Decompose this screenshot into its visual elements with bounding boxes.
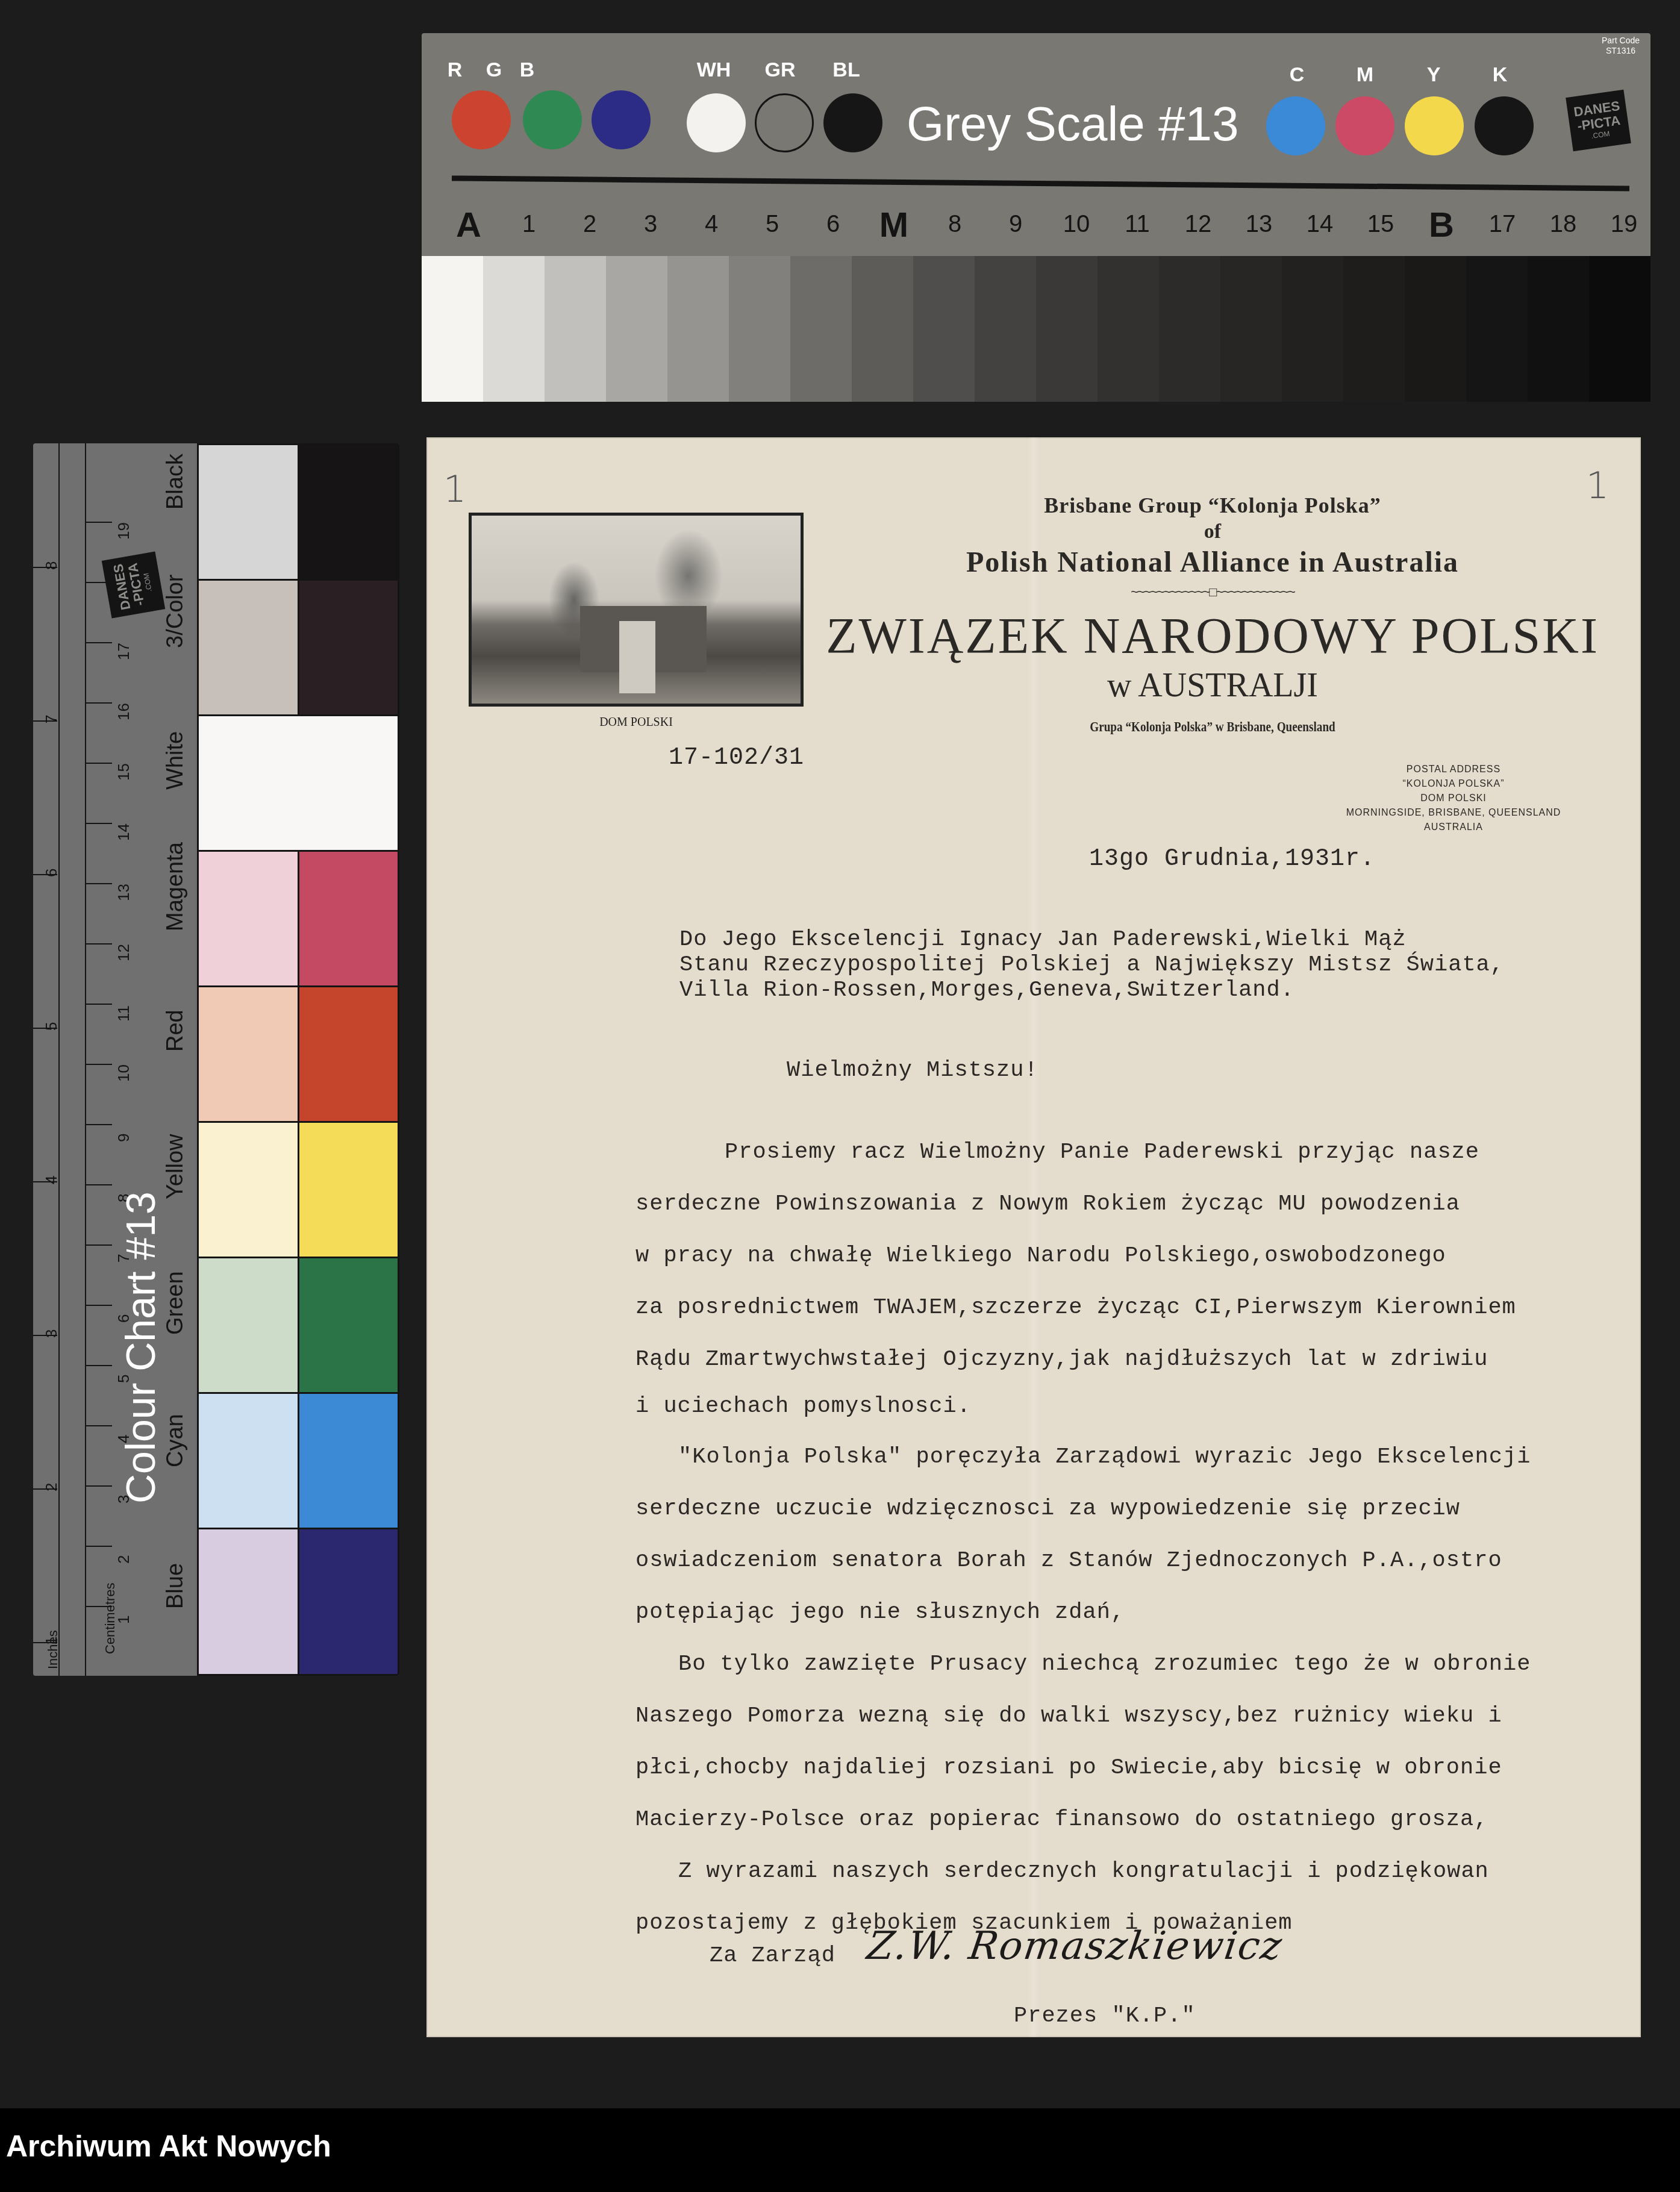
body-line: Bo tylko zawzięte Prusacy niechcą zrozum… <box>678 1652 1531 1677</box>
archive-footer: Archiwum Akt Nowych <box>0 2108 1680 2192</box>
label-c: C <box>1273 63 1321 87</box>
letterhead-of: of <box>800 520 1625 543</box>
inch-mark: 3 <box>42 1329 61 1338</box>
postal-line: AUSTRALIA <box>1312 820 1595 835</box>
body-line: oswiadczeniom senatora Borah z Stanów Zj… <box>635 1548 1502 1573</box>
body-line: za posrednictwem TWAJEM,szczerze życząc … <box>635 1295 1516 1320</box>
house-door <box>619 621 655 693</box>
body-line: Naszego Pomorza wezną się do walki wszys… <box>635 1703 1502 1729</box>
postal-line: “KOLONJA POLSKA” <box>1312 777 1595 792</box>
swatch-white-circle <box>687 93 746 152</box>
swatch-yellow-circle <box>1405 96 1464 155</box>
grey-step <box>1343 256 1405 402</box>
colour-chart-title: Colour Chart #13 <box>117 1191 164 1503</box>
step-label: 9 <box>987 211 1045 238</box>
inch-mark: 4 <box>42 1176 61 1184</box>
ruler-tick <box>85 1305 112 1306</box>
step-label: 11 <box>1108 211 1166 238</box>
swatch-green-circle <box>523 90 582 149</box>
step-labels: A 1 2 3 4 5 6 M 8 9 10 11 12 13 14 15 B … <box>440 205 1644 253</box>
letterhead-group-subtitle: Grupa “Kolonja Polska” w Brisbane, Queen… <box>882 719 1543 735</box>
grey-step <box>1589 256 1650 402</box>
step-label: 13 <box>1230 211 1288 238</box>
closing-prefix: Za Zarząd <box>710 1943 835 1969</box>
grey-step <box>545 256 606 402</box>
label-k: K <box>1476 63 1524 87</box>
addressee-line: Villa Rion-Rossen,Morges,Geneva,Switzerl… <box>679 978 1294 1003</box>
body-line: Prosiemy racz Wielmożny Panie Paderewski… <box>725 1140 1479 1165</box>
body-line: i uciechach pomyslnosci. <box>635 1394 971 1419</box>
grey-scale-title: Grey Scale #13 <box>907 96 1238 152</box>
divider-rule <box>452 175 1629 191</box>
ruler-tick <box>85 1546 112 1547</box>
swatch-magenta-light <box>197 850 299 987</box>
part-code-value: ST1316 <box>1602 46 1640 56</box>
body-line: potępiając jego nie słusznych zdań, <box>635 1600 1125 1625</box>
postal-line: MORNINGSIDE, BRISBANE, QUEENSLAND <box>1312 806 1595 820</box>
ruler-tick <box>85 1004 112 1005</box>
danes-picta-logo: DANES -PICTA .COM <box>102 551 165 618</box>
grey-step <box>1282 256 1343 402</box>
swatch-white <box>197 714 399 852</box>
ruler-tick <box>85 883 112 884</box>
patch-name-green: Green <box>163 1271 189 1335</box>
cm-mark: 17 <box>114 643 133 660</box>
step-label: 5 <box>743 211 801 238</box>
archive-name: Archiwum Akt Nowych <box>6 2129 331 2164</box>
cm-mark: 19 <box>114 522 133 540</box>
patch-name-yellow: Yellow <box>163 1134 189 1199</box>
postal-heading: POSTAL ADDRESS <box>1312 763 1595 777</box>
swatch-yellow-light <box>197 1121 299 1258</box>
swatch-blue-light <box>197 1528 299 1676</box>
cm-mark: 9 <box>114 1134 133 1142</box>
cm-mark: 11 <box>114 1005 133 1022</box>
inch-mark: 8 <box>42 561 61 570</box>
ruler-tick <box>85 943 112 945</box>
ruler-tick <box>85 522 112 523</box>
postal-address: POSTAL ADDRESS “KOLONJA POLSKA” DOM POLS… <box>1312 763 1595 835</box>
grey-step <box>422 256 483 402</box>
ruler-tick <box>85 1244 112 1246</box>
step-label: 4 <box>682 211 740 238</box>
swatch-3color-light <box>197 579 299 716</box>
photo-caption: DOM POLSKI <box>469 716 804 729</box>
inch-mark: 5 <box>42 1022 61 1031</box>
signer-title: Prezes "K.P." <box>1014 2003 1196 2029</box>
swatch-black-light <box>197 443 299 581</box>
step-label: 14 <box>1291 211 1349 238</box>
ruler-tick <box>85 1184 112 1185</box>
grey-step <box>1528 256 1589 402</box>
addressee-line: Stanu Rzeczypospolitej Polskiej a Najwię… <box>679 952 1504 978</box>
swatch-key-circle <box>1475 96 1534 155</box>
grey-step <box>1405 256 1466 402</box>
label-m: M <box>1341 63 1389 87</box>
ruler-tick <box>85 1425 112 1426</box>
grey-step <box>729 256 790 402</box>
swatch-blue-dark <box>298 1528 399 1676</box>
inch-mark: 6 <box>42 869 61 877</box>
patch-name-blue: Blue <box>163 1563 189 1609</box>
swatch-red-circle <box>452 90 511 149</box>
letterhead-country: w AUSTRALJI <box>800 666 1625 705</box>
ruler-tick <box>85 1064 112 1065</box>
step-label: 18 <box>1534 211 1592 238</box>
label-bl: BL <box>822 58 870 82</box>
swatch-green-light <box>197 1257 299 1394</box>
salutation: Wielmożny Mistszu! <box>787 1058 1038 1083</box>
grey-scale-card: Part Code ST1316 R G B WH GR BL Grey Sca… <box>422 33 1650 402</box>
grey-step <box>1159 256 1220 402</box>
step-label: 1 <box>500 211 558 238</box>
label-wh: WH <box>690 58 738 82</box>
ruler-tick <box>85 763 112 764</box>
letterhead-brisbane-group: Brisbane Group “Kolonja Polska” <box>800 493 1625 518</box>
cm-mark: 2 <box>114 1555 133 1564</box>
cm-mark: 13 <box>114 884 133 901</box>
part-code: Part Code ST1316 <box>1602 36 1640 56</box>
patch-name-black: Black <box>163 454 189 510</box>
body-line: płci,chocby najdaliej rozsiani po Swieci… <box>635 1755 1502 1781</box>
swatch-magenta-dark <box>298 850 399 987</box>
step-label: 3 <box>622 211 679 238</box>
part-code-label: Part Code <box>1602 36 1640 46</box>
letterhead-organization-name: ZWIĄZEK NARODOWY POLSKI <box>800 607 1625 666</box>
cm-mark: 15 <box>114 763 133 781</box>
patch-name-cyan: Cyan <box>163 1414 189 1467</box>
reference-number: 17-102/31 <box>669 745 804 772</box>
body-line: serdeczne uczucie wdzięcznosci za wypowi… <box>635 1496 1460 1522</box>
body-line: Z wyrazami naszych serdecznych kongratul… <box>678 1859 1489 1884</box>
step-label: 6 <box>804 211 862 238</box>
step-label: A <box>440 205 498 245</box>
cm-mark: 14 <box>114 823 133 841</box>
letter-page: 1 1 DOM POLSKI Brisbane Group “Kolonja P… <box>426 437 1641 2037</box>
inches-label: Inches <box>45 1630 61 1669</box>
grey-step <box>852 256 913 402</box>
ruler-tick <box>85 642 112 643</box>
letterhead-ornament: ~~~~~~~~~~~~□~~~~~~~~~~~~ <box>800 584 1625 600</box>
cm-mark: 12 <box>114 944 133 961</box>
letterhead-alliance: Polish National Alliance in Australia <box>800 546 1625 579</box>
handwritten-signature: Z.W. Romaszkiewicz <box>864 1924 1285 1969</box>
ruler-tick <box>85 702 112 704</box>
grey-step <box>790 256 852 402</box>
step-label: 19 <box>1595 211 1653 238</box>
inch-mark: 2 <box>42 1483 61 1491</box>
grey-step <box>1036 256 1098 402</box>
inch-mark: 7 <box>42 715 61 723</box>
grey-step <box>1220 256 1282 402</box>
ruler-tick <box>85 1124 112 1125</box>
cm-mark: 10 <box>114 1064 133 1082</box>
swatch-blue-circle <box>592 90 651 149</box>
grey-step-strip <box>422 256 1650 402</box>
addressee-line: Do Jego Ekscelencji Ignacy Jan Paderewsk… <box>679 927 1407 952</box>
step-label: M <box>865 205 923 245</box>
step-label: 12 <box>1169 211 1227 238</box>
grey-step <box>606 256 667 402</box>
grey-step <box>483 256 545 402</box>
grey-step <box>913 256 975 402</box>
swatch-grey-circle <box>755 93 814 152</box>
cm-mark: 16 <box>114 703 133 720</box>
swatch-black-circle <box>823 93 882 152</box>
swatch-cyan-circle <box>1266 96 1325 155</box>
swatch-magenta-circle <box>1335 96 1394 155</box>
postal-line: DOM POLSKI <box>1312 792 1595 806</box>
ruler-tick <box>85 1365 112 1366</box>
danes-picta-logo: DANES -PICTA .COM <box>1566 90 1631 152</box>
step-label: 17 <box>1473 211 1531 238</box>
swatch-green-dark <box>298 1257 399 1394</box>
ruler-tick <box>85 1485 112 1487</box>
ruler-line <box>85 443 86 1676</box>
letter-date: 13go Grudnia,1931r. <box>1089 846 1375 873</box>
step-label: 8 <box>926 211 984 238</box>
patch-name-magenta: Magenta <box>163 842 189 931</box>
swatch-black-dark <box>298 443 399 581</box>
swatch-3color-dark <box>298 579 399 716</box>
step-label: 10 <box>1048 211 1105 238</box>
centimetres-label: Centimetres <box>102 1582 118 1654</box>
swatch-red-light <box>197 985 299 1123</box>
swatch-cyan-dark <box>298 1392 399 1529</box>
grey-step <box>1098 256 1159 402</box>
step-label: 15 <box>1352 211 1410 238</box>
grey-step <box>667 256 729 402</box>
step-label: 2 <box>561 211 619 238</box>
patch-name-white: White <box>163 731 189 790</box>
body-line: "Kolonja Polska" poręczyła Zarządowi wyr… <box>678 1444 1531 1470</box>
step-label: B <box>1413 205 1470 245</box>
grey-step <box>975 256 1036 402</box>
body-line: Macierzy-Polsce oraz popierac finansowo … <box>635 1807 1488 1832</box>
page-mark-left: 1 <box>443 469 466 511</box>
label-b: B <box>503 58 551 82</box>
swatch-yellow-dark <box>298 1121 399 1258</box>
colour-chart-card: 1 2 3 4 5 6 7 8 1 2 3 4 5 6 7 8 9 10 11 … <box>33 443 399 1676</box>
body-line: serdeczne Powinszowania z Nowym Rokiem ż… <box>635 1191 1460 1217</box>
patch-name-3color: 3/Color <box>163 575 189 649</box>
swatch-cyan-light <box>197 1392 299 1529</box>
dom-polski-photo <box>469 513 804 707</box>
label-gr: GR <box>756 58 804 82</box>
patch-name-red: Red <box>163 1010 189 1052</box>
label-y: Y <box>1410 63 1458 87</box>
swatch-red-dark <box>298 985 399 1123</box>
body-line: Rądu Zmartwychwstałej Ojczyzny,jak najdł… <box>635 1347 1488 1372</box>
ruler-tick <box>85 823 112 824</box>
body-line: w pracy na chwałę Wielkiego Narodu Polsk… <box>635 1243 1446 1269</box>
grey-step <box>1466 256 1528 402</box>
